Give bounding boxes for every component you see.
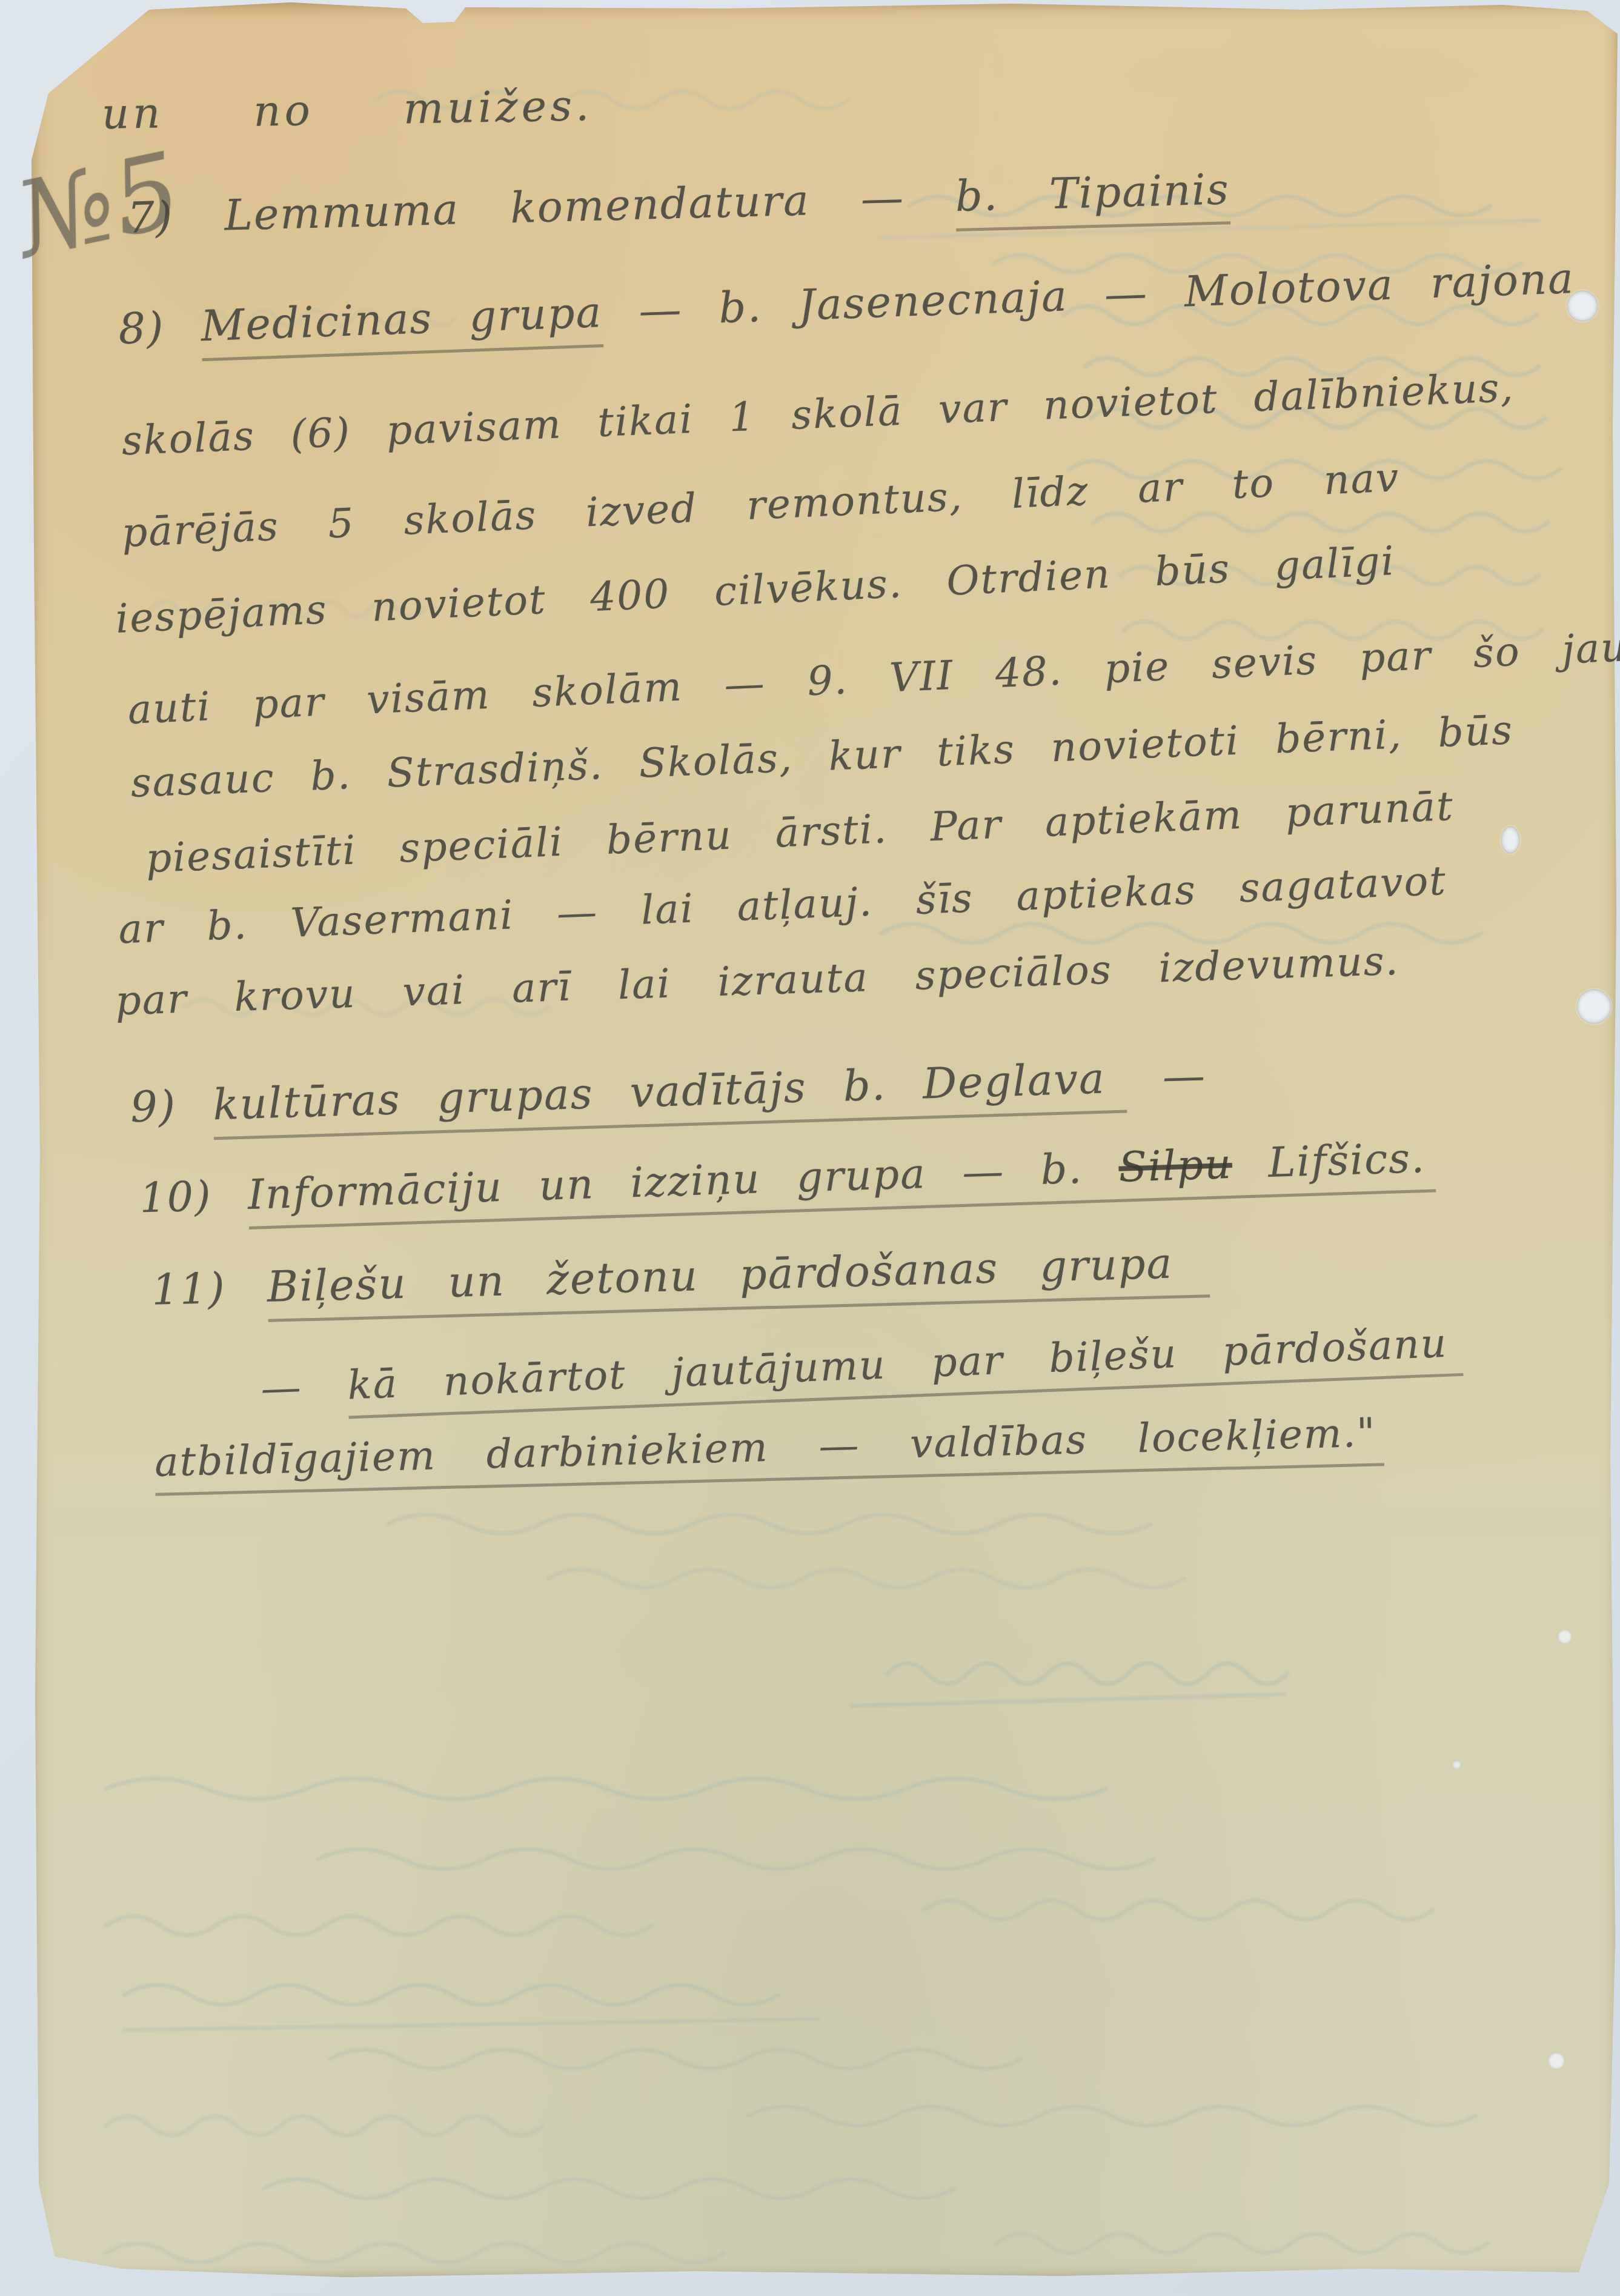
paper-tear-hole	[1501, 826, 1520, 854]
item10-struck-word: Silpu	[1118, 1140, 1233, 1192]
paper-damage-spot	[1548, 2052, 1565, 2069]
sub1-dash: —	[260, 1362, 348, 1412]
paper-damage-spot	[1558, 1629, 1572, 1644]
item7-underlined-name: b. Tipainis	[955, 164, 1230, 231]
scanned-document-page: №5 un no muižes. 7) Lemmuma komendatura …	[0, 0, 1620, 2296]
item9-dash: —	[1125, 1051, 1207, 1103]
item9-number: 9)	[130, 1080, 213, 1132]
item10-name: Lifšics.	[1232, 1134, 1426, 1188]
handwritten-line-intro: un no muižes.	[101, 81, 593, 139]
item10-number: 10)	[139, 1171, 248, 1223]
punch-hole	[1576, 989, 1612, 1024]
item8-number: 8)	[118, 301, 202, 354]
paper-damage-spot	[1452, 1760, 1461, 1769]
item11-number: 11)	[151, 1262, 268, 1315]
